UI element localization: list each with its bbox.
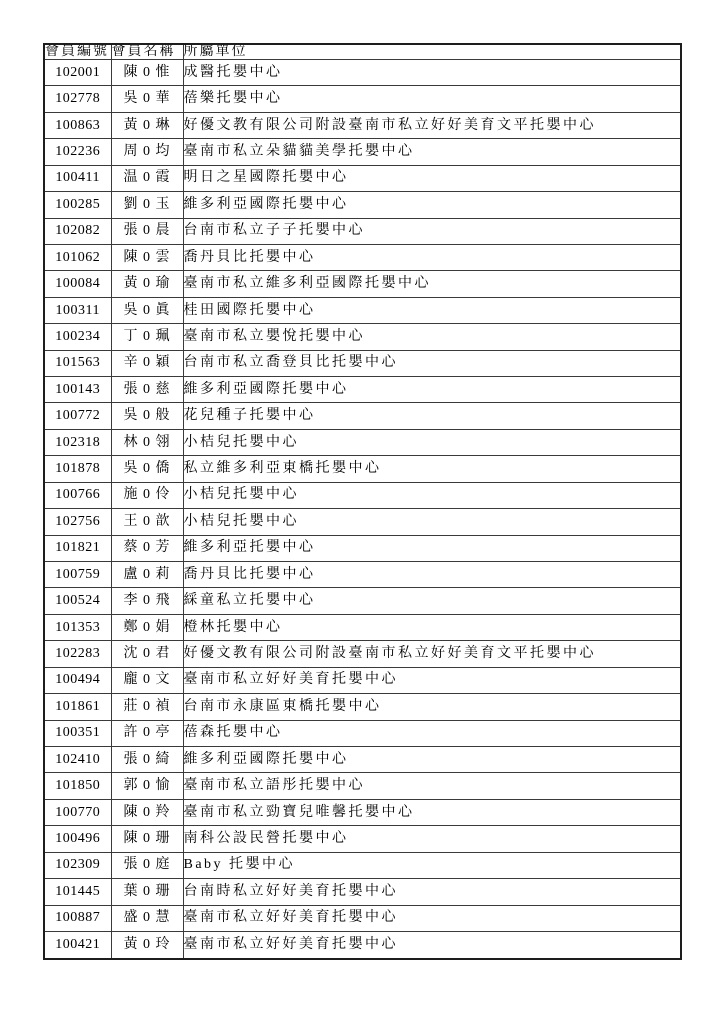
member-id-cell: 102283 [44,641,111,667]
member-name-cell: 陳 0 雲 [111,244,183,270]
unit-cell: 好優文教有限公司附設臺南市私立好好美育文平托嬰中心 [183,641,681,667]
member-name-cell: 劉 0 玉 [111,192,183,218]
member-id-cell: 100496 [44,826,111,852]
member-name-cell: 鄭 0 娟 [111,614,183,640]
member-id-cell: 101445 [44,879,111,905]
table-row: 102283 沈 0 君 好優文教有限公司附設臺南市私立好好美育文平托嬰中心 [44,641,681,667]
unit-cell: 蓓樂托嬰中心 [183,86,681,112]
table-row: 101878 吳 0 僑 私立維多利亞東橋托嬰中心 [44,456,681,482]
unit-cell: 南科公設民營托嬰中心 [183,826,681,852]
member-name-cell: 張 0 晨 [111,218,183,244]
member-name-cell: 黃 0 瑜 [111,271,183,297]
member-id-cell: 102410 [44,746,111,772]
unit-cell: 桂田國際托嬰中心 [183,297,681,323]
col-header-member-id: 會員編號 [44,44,111,60]
member-name-cell: 吳 0 般 [111,403,183,429]
member-name-cell: 王 0 歆 [111,509,183,535]
col-header-unit: 所屬單位 [183,44,681,60]
member-name-cell: 葉 0 珊 [111,879,183,905]
unit-cell: 台南時私立好好美育托嬰中心 [183,879,681,905]
document-page: 會員編號 會員名稱 所屬單位 102001 陳 0 惟 成醫托嬰中心 10277… [0,0,724,1024]
member-name-cell: 沈 0 君 [111,641,183,667]
member-id-cell: 101563 [44,350,111,376]
member-id-cell: 100772 [44,403,111,429]
unit-cell: 臺南市私立勁寶兒唯馨托嬰中心 [183,799,681,825]
unit-cell: 維多利亞國際托嬰中心 [183,192,681,218]
member-name-cell: 陳 0 珊 [111,826,183,852]
table-row: 102778 吳 0 華 蓓樂托嬰中心 [44,86,681,112]
unit-cell: 臺南市私立語彤托嬰中心 [183,773,681,799]
unit-cell: 台南市永康區東橋托嬰中心 [183,694,681,720]
member-id-cell: 102001 [44,60,111,86]
table-row: 100411 温 0 霞 明日之星國際托嬰中心 [44,165,681,191]
unit-cell: Baby 托嬰中心 [183,852,681,878]
member-name-cell: 龐 0 文 [111,667,183,693]
member-name-cell: 吳 0 僑 [111,456,183,482]
unit-cell: 好優文教有限公司附設臺南市私立好好美育文平托嬰中心 [183,112,681,138]
unit-cell: 小桔兒托嬰中心 [183,509,681,535]
member-name-cell: 周 0 均 [111,139,183,165]
table-row: 102756 王 0 歆 小桔兒托嬰中心 [44,509,681,535]
member-id-cell: 100084 [44,271,111,297]
table-row: 102410 張 0 綺 維多利亞國際托嬰中心 [44,746,681,772]
member-id-cell: 100234 [44,324,111,350]
member-name-cell: 陳 0 惟 [111,60,183,86]
unit-cell: 台南市私立子子托嬰中心 [183,218,681,244]
member-name-cell: 許 0 亭 [111,720,183,746]
member-name-cell: 李 0 飛 [111,588,183,614]
member-id-cell: 100494 [44,667,111,693]
table-row: 100759 盧 0 莉 喬丹貝比托嬰中心 [44,562,681,588]
member-name-cell: 温 0 霞 [111,165,183,191]
table-body: 102001 陳 0 惟 成醫托嬰中心 102778 吳 0 華 蓓樂托嬰中心 … [44,60,681,960]
member-name-cell: 蔡 0 芳 [111,535,183,561]
member-id-cell: 102318 [44,429,111,455]
unit-cell: 臺南市私立朵貓貓美學托嬰中心 [183,139,681,165]
table-row: 101353 鄭 0 娟 橙林托嬰中心 [44,614,681,640]
table-row: 102082 張 0 晨 台南市私立子子托嬰中心 [44,218,681,244]
member-name-cell: 黃 0 玲 [111,931,183,959]
col-header-member-name: 會員名稱 [111,44,183,60]
unit-cell: 喬丹貝比托嬰中心 [183,562,681,588]
table-row: 102318 林 0 翎 小桔兒托嬰中心 [44,429,681,455]
table-row: 102236 周 0 均 臺南市私立朵貓貓美學托嬰中心 [44,139,681,165]
member-name-cell: 莊 0 禎 [111,694,183,720]
member-name-cell: 丁 0 珮 [111,324,183,350]
member-id-cell: 100759 [44,562,111,588]
unit-cell: 維多利亞國際托嬰中心 [183,377,681,403]
member-id-cell: 102778 [44,86,111,112]
table-row: 100887 盛 0 慧 臺南市私立好好美育托嬰中心 [44,905,681,931]
table-row: 101821 蔡 0 芳 維多利亞托嬰中心 [44,535,681,561]
table-row: 100770 陳 0 羚 臺南市私立勁寶兒唯馨托嬰中心 [44,799,681,825]
member-id-cell: 100770 [44,799,111,825]
table-row: 100285 劉 0 玉 維多利亞國際托嬰中心 [44,192,681,218]
member-name-cell: 黃 0 琳 [111,112,183,138]
unit-cell: 小桔兒托嬰中心 [183,482,681,508]
member-id-cell: 101062 [44,244,111,270]
member-id-cell: 100887 [44,905,111,931]
table-row: 100421 黃 0 玲 臺南市私立好好美育托嬰中心 [44,931,681,959]
member-name-cell: 陳 0 羚 [111,799,183,825]
member-name-cell: 盛 0 慧 [111,905,183,931]
member-name-cell: 吳 0 眞 [111,297,183,323]
member-id-cell: 100311 [44,297,111,323]
unit-cell: 臺南市私立維多利亞國際托嬰中心 [183,271,681,297]
member-id-cell: 100766 [44,482,111,508]
unit-cell: 私立維多利亞東橋托嬰中心 [183,456,681,482]
table-row: 100863 黃 0 琳 好優文教有限公司附設臺南市私立好好美育文平托嬰中心 [44,112,681,138]
table-row: 101062 陳 0 雲 喬丹貝比托嬰中心 [44,244,681,270]
unit-cell: 花兒種子托嬰中心 [183,403,681,429]
member-id-cell: 100143 [44,377,111,403]
table-row: 100496 陳 0 珊 南科公設民營托嬰中心 [44,826,681,852]
member-id-cell: 102309 [44,852,111,878]
member-id-cell: 102082 [44,218,111,244]
unit-cell: 蓓森托嬰中心 [183,720,681,746]
unit-cell: 維多利亞國際托嬰中心 [183,746,681,772]
member-name-cell: 盧 0 莉 [111,562,183,588]
member-id-cell: 101861 [44,694,111,720]
table-row: 101563 辛 0 穎 台南市私立喬登貝比托嬰中心 [44,350,681,376]
unit-cell: 臺南市私立嬰悅托嬰中心 [183,324,681,350]
unit-cell: 喬丹貝比托嬰中心 [183,244,681,270]
table-row: 100772 吳 0 般 花兒種子托嬰中心 [44,403,681,429]
table-row: 100311 吳 0 眞 桂田國際托嬰中心 [44,297,681,323]
member-id-cell: 100285 [44,192,111,218]
table-row: 100084 黃 0 瑜 臺南市私立維多利亞國際托嬰中心 [44,271,681,297]
member-id-cell: 102236 [44,139,111,165]
member-id-cell: 100411 [44,165,111,191]
table-row: 101445 葉 0 珊 台南時私立好好美育托嬰中心 [44,879,681,905]
member-name-cell: 張 0 慈 [111,377,183,403]
unit-cell: 維多利亞托嬰中心 [183,535,681,561]
table-row: 101850 郭 0 愉 臺南市私立語彤托嬰中心 [44,773,681,799]
member-name-cell: 林 0 翎 [111,429,183,455]
unit-cell: 臺南市私立好好美育托嬰中心 [183,667,681,693]
table-row: 101861 莊 0 禎 台南市永康區東橋托嬰中心 [44,694,681,720]
unit-cell: 台南市私立喬登貝比托嬰中心 [183,350,681,376]
member-id-cell: 101850 [44,773,111,799]
members-table: 會員編號 會員名稱 所屬單位 102001 陳 0 惟 成醫托嬰中心 10277… [43,43,682,960]
table-row: 102001 陳 0 惟 成醫托嬰中心 [44,60,681,86]
member-id-cell: 100351 [44,720,111,746]
member-name-cell: 張 0 綺 [111,746,183,772]
member-name-cell: 張 0 庭 [111,852,183,878]
member-id-cell: 101878 [44,456,111,482]
unit-cell: 臺南市私立好好美育托嬰中心 [183,931,681,959]
header-row: 會員編號 會員名稱 所屬單位 [44,44,681,60]
member-id-cell: 100863 [44,112,111,138]
unit-cell: 明日之星國際托嬰中心 [183,165,681,191]
member-name-cell: 施 0 伶 [111,482,183,508]
table-row: 100766 施 0 伶 小桔兒托嬰中心 [44,482,681,508]
member-id-cell: 102756 [44,509,111,535]
table-row: 102309 張 0 庭 Baby 托嬰中心 [44,852,681,878]
table-row: 100524 李 0 飛 綵童私立托嬰中心 [44,588,681,614]
member-name-cell: 吳 0 華 [111,86,183,112]
member-id-cell: 100524 [44,588,111,614]
unit-cell: 成醫托嬰中心 [183,60,681,86]
table-row: 100494 龐 0 文 臺南市私立好好美育托嬰中心 [44,667,681,693]
unit-cell: 小桔兒托嬰中心 [183,429,681,455]
member-id-cell: 101353 [44,614,111,640]
table-row: 100143 張 0 慈 維多利亞國際托嬰中心 [44,377,681,403]
table-row: 100351 許 0 亭 蓓森托嬰中心 [44,720,681,746]
member-name-cell: 郭 0 愉 [111,773,183,799]
table-row: 100234 丁 0 珮 臺南市私立嬰悅托嬰中心 [44,324,681,350]
member-id-cell: 100421 [44,931,111,959]
member-name-cell: 辛 0 穎 [111,350,183,376]
unit-cell: 綵童私立托嬰中心 [183,588,681,614]
unit-cell: 臺南市私立好好美育托嬰中心 [183,905,681,931]
member-id-cell: 101821 [44,535,111,561]
unit-cell: 橙林托嬰中心 [183,614,681,640]
